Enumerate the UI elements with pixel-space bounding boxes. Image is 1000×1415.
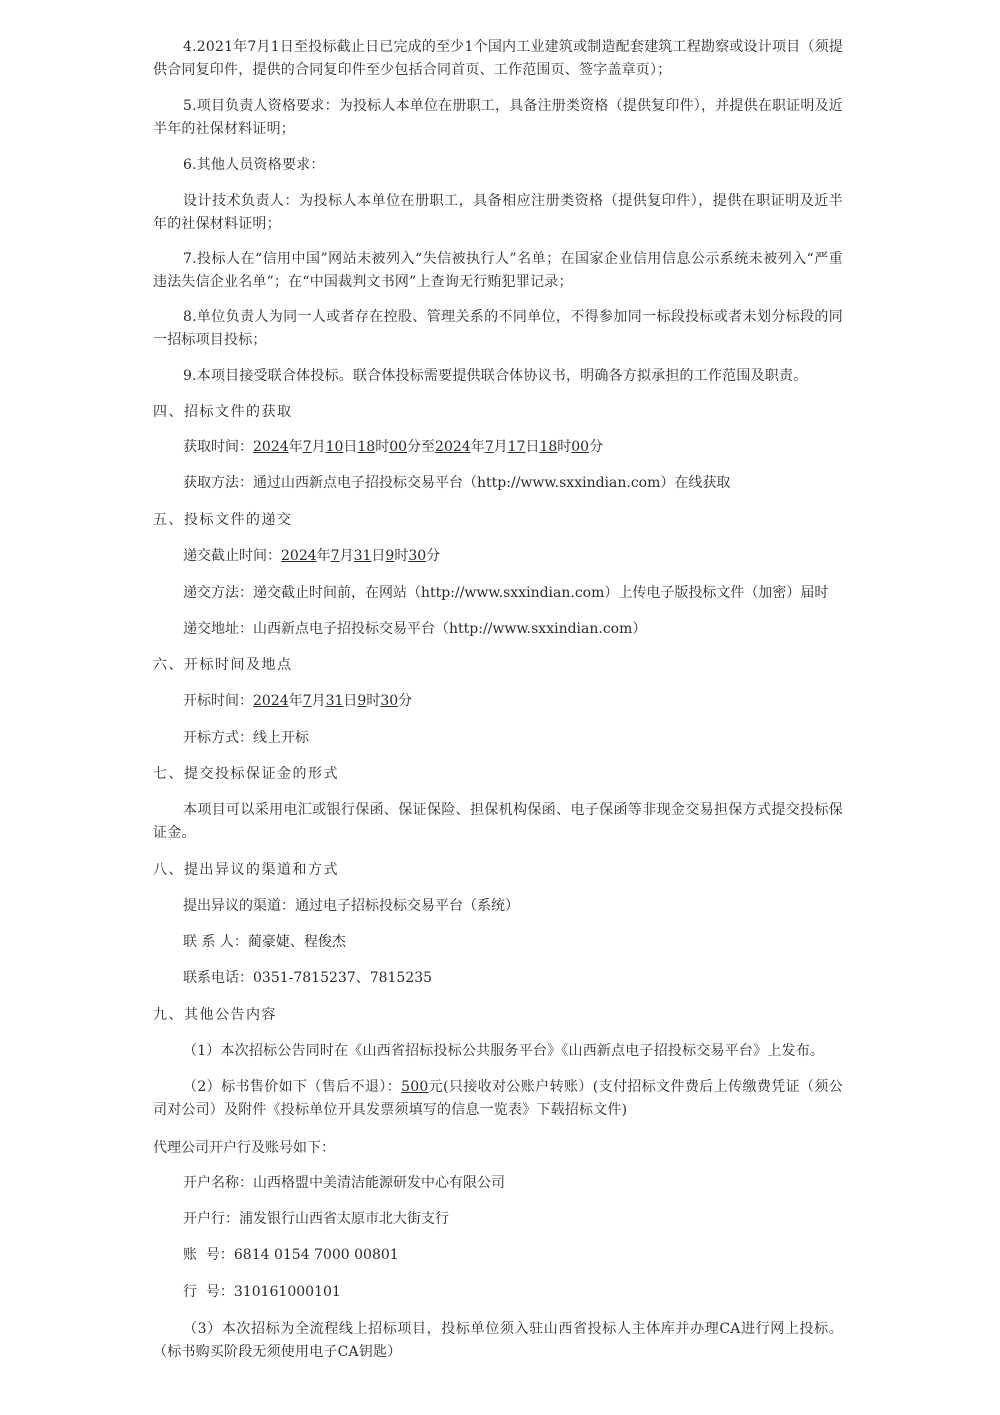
acquire-method: 获取方法：通过山西新点电子招投标交易平台（http://www.sxxindia… [183,473,730,493]
objection-channel: 提出异议的渠道：通过电子招标投标交易平台（系统） [183,896,519,916]
account-name: 开户名称：山西格盟中美清洁能源研发中心有限公司 [183,1173,505,1193]
requirement-8: 8.单位负责人为同一人或者存在控股、管理关系的不同单位，不得参加同一标段投标或者… [153,306,843,352]
requirement-7: 7.投标人在“信用中国”网站未被列入“失信被执行人”名单；在国家企业信用信息公示… [153,248,843,294]
requirement-6: 6.其他人员资格要求： [153,154,843,177]
section-8-heading: 八、提出异议的渠道和方式 [153,860,339,880]
section-9-heading: 九、其他公告内容 [153,1005,277,1025]
acquire-time: 获取时间：2024年7月10日18时00分至2024年7月17日18时00分 [183,437,603,457]
acquire-time-label: 获取时间： [183,439,253,455]
requirement-4: 4.2021年7月1日至投标截止日已完成的至少1个国内工业建筑或制造配套建筑工程… [153,36,843,82]
document-price: 500 [401,1079,428,1095]
requirement-5: 5.项目负责人资格要求：为投标人本单位在册职工，具备注册类资格（提供复印件），并… [153,95,843,141]
opening-method: 开标方式：线上开标 [183,728,309,748]
bank-name: 开户行：浦发银行山西省太原市北大街支行 [183,1209,449,1229]
requirement-6-detail: 设计技术负责人：为投标人本单位在册职工，具备相应注册类资格（提供复印件），提供在… [153,190,843,236]
document-page: 4.2021年7月1日至投标截止日已完成的至少1个国内工业建筑或制造配套建筑工程… [0,0,1000,1415]
bank-code: 行 号：310161000101 [183,1282,341,1302]
note-2: （2）标书售价如下（售后不退）：500元(只接收对公账户转账）(支付招标文件费后… [153,1076,843,1122]
note-3: （3）本次招标为全流程线上招标项目，投标单位须入驻山西省投标人主体库并办理CA进… [153,1318,843,1364]
note-1: （1）本次招标公告同时在《山西省招标投标公共服务平台》《山西新点电子招投标交易平… [153,1040,843,1063]
opening-time: 开标时间：2024年7月31日9时30分 [183,691,412,711]
bank-intro: 代理公司开户行及账号如下： [153,1138,335,1158]
submit-address: 递交地址：山西新点电子招投标交易平台（http://www.sxxindian.… [183,619,646,639]
section-6-heading: 六、开标时间及地点 [153,655,293,675]
submit-deadline: 递交截止时间：2024年7月31日9时30分 [183,546,440,566]
section-4-heading: 四、招标文件的获取 [153,402,293,422]
section-7-heading: 七、提交投标保证金的形式 [153,764,339,784]
requirement-9: 9.本项目接受联合体投标。联合体投标需要提供联合体协议书，明确各方拟承担的工作范… [153,365,843,388]
submit-method: 递交方法：递交截止时间前，在网站（http://www.sxxindian.co… [183,583,828,603]
contact-person: 联 系 人：蔺豪婕、程俊杰 [183,932,346,952]
account-number: 账 号：6814 0154 7000 00801 [183,1245,399,1265]
deposit-form: 本项目可以采用电汇或银行保函、保证保险、担保机构保函、电子保函等非现金交易担保方… [153,799,843,845]
contact-phone: 联系电话：0351-7815237、7815235 [183,968,432,988]
section-5-heading: 五、投标文件的递交 [153,510,293,530]
